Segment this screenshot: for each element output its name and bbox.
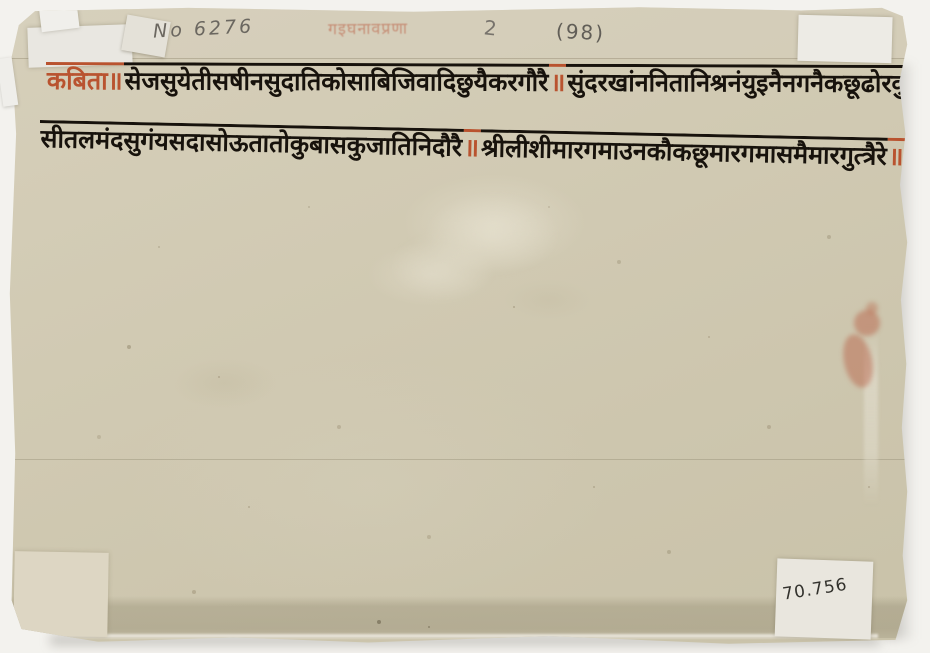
torn-bottom-edge xyxy=(38,634,878,638)
red-library-stamp: गइघनावप्रणा xyxy=(328,17,408,40)
verse-text-a: सेजसुयेतीसषीनसुदातिकोसाबिजिवादिछुयैकरगौर… xyxy=(124,62,550,99)
red-pigment-smudge xyxy=(866,302,878,314)
offset-ghost-stain xyxy=(380,182,630,312)
manuscript-text-line-1: कबिता॥सेजसुयेतीसषीनसुदातिकोसाबिजिवादिछुय… xyxy=(46,62,909,101)
foxing-specks xyxy=(8,6,10,8)
pencil-numeral: 2 xyxy=(483,15,498,40)
accession-number: 70.756 xyxy=(781,575,849,605)
tape-patch-top-right xyxy=(797,15,892,63)
verse-text-b: सुंदरखांननितानिश्रनंयुइनैनगनैकछूढोरकुढौर… xyxy=(566,64,909,101)
verse-opening-red: कबिता॥ xyxy=(46,62,124,98)
manuscript-folio: No 6276 गइघनावप्रणा 2 (98) कबिता॥सेजसुये… xyxy=(8,6,909,645)
accession-label: 70.756 xyxy=(775,558,874,639)
pencil-page-number: (98) xyxy=(555,19,605,46)
verse-text-a: सीतलमंदसुगंयसदासोऊतातोकुबासकुजातिनिदौरै xyxy=(39,120,463,164)
danda-divider: ॥ xyxy=(549,64,566,100)
danda-divider: ॥ xyxy=(463,129,481,165)
repair-patch-bottom-left xyxy=(13,551,108,637)
red-pigment-smudge xyxy=(854,310,880,336)
tape-remnant-top-left xyxy=(38,6,79,32)
horizontal-crease xyxy=(8,459,909,460)
verse-text-b: श्रीलीशीमारगमाउनकौकछूमारगमासमैमारगुत्त्र… xyxy=(480,129,888,173)
photograph-of-manuscript-folio: No 6276 गइघनावप्रणा 2 (98) कबिता॥सेजसुये… xyxy=(0,0,930,653)
manuscript-text-line-2: सीतलमंदसुगंयसदासोऊतातोकुबासकुजातिनिदौरै॥… xyxy=(39,120,909,174)
